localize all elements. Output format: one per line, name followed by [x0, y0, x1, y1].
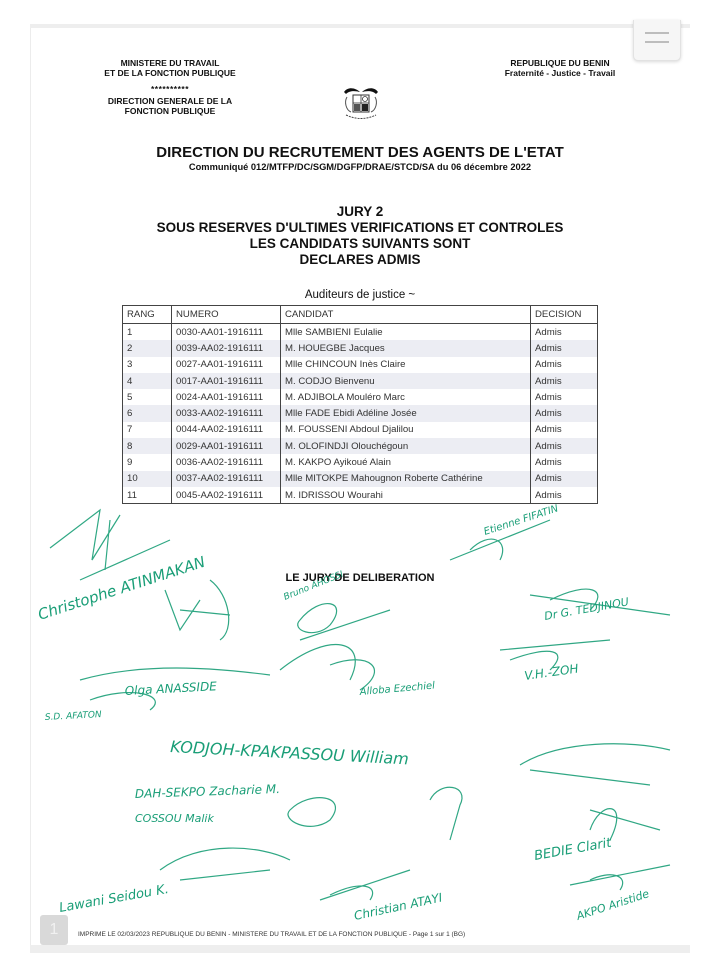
cell-decision: Admis: [531, 340, 598, 356]
table-row: 80029-AA01-1916111M. OLOFINDJI Olouchégo…: [123, 438, 598, 454]
cell-decision: Admis: [531, 422, 598, 438]
cell-decision: Admis: [531, 324, 598, 341]
header-rang: RANG: [123, 306, 172, 324]
cell-rang: 1: [123, 324, 172, 341]
cell-decision: Admis: [531, 357, 598, 373]
cell-candidat: M. OLOFINDJI Olouchégoun: [281, 438, 531, 454]
cell-decision: Admis: [531, 471, 598, 487]
page-number-badge[interactable]: 1: [40, 915, 68, 945]
print-footer: IMPRIME LE 02/03/2023 REPUBLIQUE DU BENI…: [78, 931, 465, 938]
cell-numero: 0045-AA02-1916111: [172, 487, 281, 504]
table-caption: Auditeurs de justice ~: [0, 289, 720, 301]
cell-rang: 10: [123, 471, 172, 487]
cell-candidat: M. IDRISSOU Wourahi: [281, 487, 531, 504]
cell-candidat: M. FOUSSENI Abdoul Djalilou: [281, 422, 531, 438]
cell-candidat: Mlle SAMBIENI Eulalie: [281, 324, 531, 341]
cell-rang: 2: [123, 340, 172, 356]
republic-motto: Fraternité - Justice - Travail: [460, 68, 660, 78]
cell-numero: 0027-AA01-1916111: [172, 357, 281, 373]
ministry-line-1: MINISTERE DU TRAVAIL: [60, 58, 280, 68]
cell-rang: 5: [123, 389, 172, 405]
table-row: 60033-AA02-1916111Mlle FADE Ebidi Adélin…: [123, 405, 598, 421]
cell-candidat: M. CODJO Bienvenu: [281, 373, 531, 389]
table-row: 110045-AA02-1916111M. IDRISSOU WourahiAd…: [123, 487, 598, 504]
table-row: 10030-AA01-1916111Mlle SAMBIENI EulalieA…: [123, 324, 598, 341]
header-decision: DECISION: [531, 306, 598, 324]
cell-candidat: M. ADJIBOLA Mouléro Marc: [281, 389, 531, 405]
cell-rang: 9: [123, 454, 172, 470]
direction-line-1: DIRECTION GENERALE DE LA: [60, 96, 280, 106]
benin-coat-of-arms-icon: [340, 84, 382, 124]
cell-decision: Admis: [531, 373, 598, 389]
cell-decision: Admis: [531, 389, 598, 405]
table-row: 100037-AA02-1916111Mlle MITOKPE Mahougno…: [123, 471, 598, 487]
hamburger-menu-icon-line: [645, 41, 669, 43]
cell-decision: Admis: [531, 454, 598, 470]
document-title: DIRECTION DU RECRUTEMENT DES AGENTS DE L…: [0, 144, 720, 161]
cell-numero: 0017-AA01-1916111: [172, 373, 281, 389]
cell-numero: 0024-AA01-1916111: [172, 389, 281, 405]
table-row: 40017-AA01-1916111M. CODJO BienvenuAdmis: [123, 373, 598, 389]
jury-deliberation-label: LE JURY DE DELIBERATION: [0, 572, 720, 584]
jury-candidates: LES CANDIDATS SUIVANTS SONT: [0, 236, 720, 252]
jury-heading: JURY 2 SOUS RESERVES D'ULTIMES VERIFICAT…: [0, 204, 720, 268]
cell-decision: Admis: [531, 405, 598, 421]
cell-numero: 0044-AA02-1916111: [172, 422, 281, 438]
cell-candidat: M. KAKPO Ayikoué Alain: [281, 454, 531, 470]
ministry-line-2: ET DE LA FONCTION PUBLIQUE: [60, 68, 280, 78]
cell-candidat: M. HOUEGBE Jacques: [281, 340, 531, 356]
table-header-row: RANG NUMERO CANDIDAT DECISION: [123, 306, 598, 324]
cell-rang: 8: [123, 438, 172, 454]
cell-candidat: Mlle FADE Ebidi Adéline Josée: [281, 405, 531, 421]
republic-name: REPUBLIQUE DU BENIN: [460, 58, 660, 68]
cell-decision: Admis: [531, 438, 598, 454]
cell-numero: 0036-AA02-1916111: [172, 454, 281, 470]
table-row: 50024-AA01-1916111M. ADJIBOLA Mouléro Ma…: [123, 389, 598, 405]
separator-stars: **********: [60, 84, 280, 94]
table-row: 20039-AA02-1916111M. HOUEGBE JacquesAdmi…: [123, 340, 598, 356]
cell-rang: 4: [123, 373, 172, 389]
hamburger-menu-icon: [645, 32, 669, 34]
results-table: RANG NUMERO CANDIDAT DECISION 10030-AA01…: [122, 305, 598, 504]
cell-rang: 3: [123, 357, 172, 373]
republic-header: REPUBLIQUE DU BENIN Fraternité - Justice…: [460, 58, 660, 78]
cell-numero: 0030-AA01-1916111: [172, 324, 281, 341]
jury-number: JURY 2: [0, 204, 720, 220]
cell-candidat: Mlle CHINCOUN Inès Claire: [281, 357, 531, 373]
communique-reference: Communiqué 012/MTFP/DC/SGM/DGFP/DRAE/STC…: [0, 162, 720, 172]
header-candidat: CANDIDAT: [281, 306, 531, 324]
cell-numero: 0039-AA02-1916111: [172, 340, 281, 356]
cell-decision: Admis: [531, 487, 598, 504]
header-numero: NUMERO: [172, 306, 281, 324]
direction-line-2: FONCTION PUBLIQUE: [60, 106, 280, 116]
cell-numero: 0037-AA02-1916111: [172, 471, 281, 487]
cell-candidat: Mlle MITOKPE Mahougnon Roberte Cathérine: [281, 471, 531, 487]
cell-numero: 0033-AA02-1916111: [172, 405, 281, 421]
menu-button[interactable]: [633, 20, 681, 61]
jury-declared: DECLARES ADMIS: [0, 252, 720, 268]
jury-reserves: SOUS RESERVES D'ULTIMES VERIFICATIONS ET…: [0, 220, 720, 236]
table-row: 70044-AA02-1916111M. FOUSSENI Abdoul Dja…: [123, 422, 598, 438]
table-row: 30027-AA01-1916111Mlle CHINCOUN Inès Cla…: [123, 357, 598, 373]
cell-rang: 11: [123, 487, 172, 504]
ministry-header: MINISTERE DU TRAVAIL ET DE LA FONCTION P…: [60, 58, 280, 116]
table-row: 90036-AA02-1916111M. KAKPO Ayikoué Alain…: [123, 454, 598, 470]
viewer-bottom-edge: [30, 945, 690, 953]
cell-rang: 6: [123, 405, 172, 421]
cell-rang: 7: [123, 422, 172, 438]
cell-numero: 0029-AA01-1916111: [172, 438, 281, 454]
